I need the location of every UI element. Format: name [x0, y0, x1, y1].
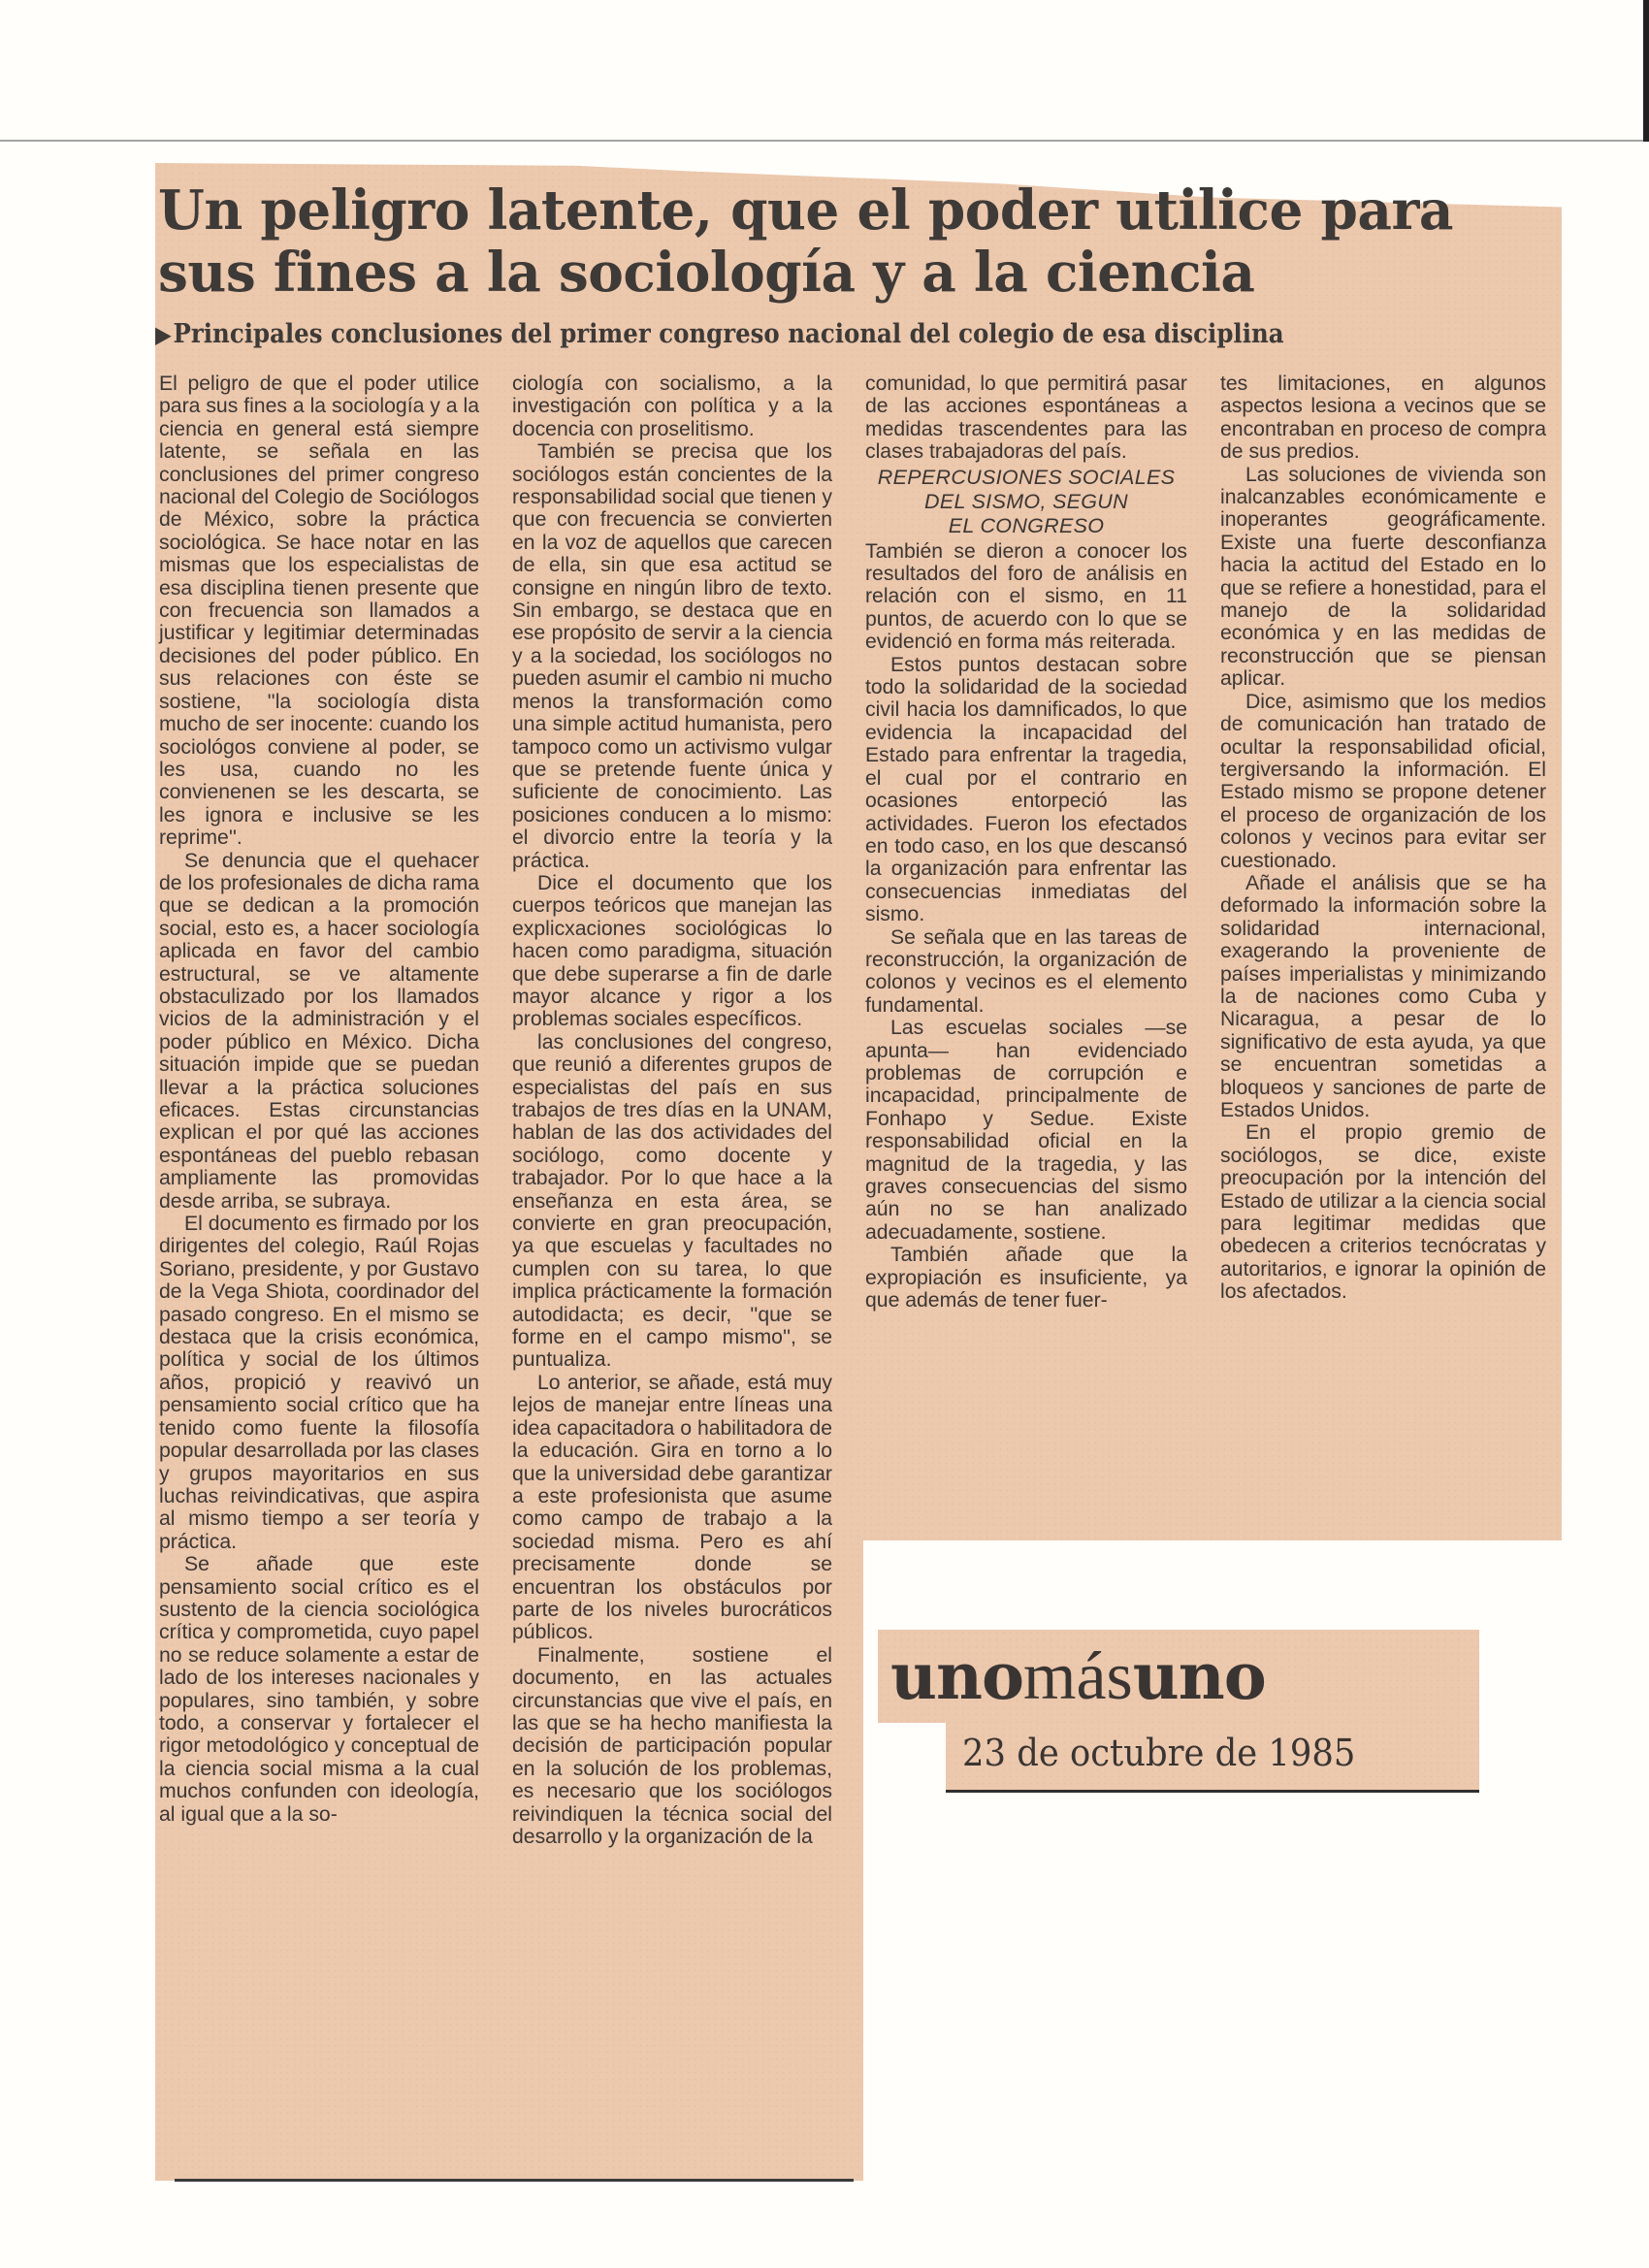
paragraph: Se señala que en las tareas de reconstru…: [865, 926, 1187, 1018]
article-column-4: tes limitaciones, en algunos aspectos le…: [1220, 373, 1546, 1304]
paragraph: las conclusiones del congreso, que reuni…: [512, 1031, 832, 1372]
masthead-uno-left: uno: [890, 1638, 1023, 1714]
scan-edge-shadow: [1643, 0, 1649, 142]
paragraph: Se denuncia que el quehacer de los profe…: [159, 850, 479, 1214]
publication-date: 23 de octubre de 1985: [962, 1729, 1355, 1777]
section-heading-line: REPERCUSIONES SOCIALES: [865, 466, 1187, 490]
paragraph: El documento es firmado por los dirigent…: [159, 1213, 479, 1553]
headline-line-1: Un peligro latente, que el poder utilice…: [158, 179, 1527, 242]
clipping-cut-edge: [946, 1790, 1479, 1793]
paragraph: comunidad, lo que permitirá pasar de las…: [865, 373, 1187, 464]
article-column-3: comunidad, lo que permitirá pasar de las…: [865, 373, 1187, 1312]
section-heading: REPERCUSIONES SOCIALES DEL SISMO, SEGUN …: [865, 466, 1187, 538]
paragraph: En el propio gremio de sociólogos, se di…: [1220, 1121, 1546, 1303]
paragraph: Dice, asimismo que los medios de comunic…: [1220, 691, 1546, 872]
masthead-mas: más: [1023, 1639, 1133, 1714]
paragraph: tes limitaciones, en algunos aspectos le…: [1220, 373, 1546, 464]
clipping-cut-edge: [175, 2179, 854, 2182]
paragraph: También añade que la expropiación es ins…: [865, 1244, 1187, 1312]
subhead-text: Principales conclusiones del primer cong…: [174, 319, 1284, 349]
paragraph: ciología con socialismo, a la investigac…: [512, 373, 832, 440]
paragraph: Añade el análisis que se ha deformado la…: [1220, 872, 1546, 1121]
paragraph: Finalmente, sostiene el documento, en la…: [512, 1644, 832, 1849]
masthead-uno-right: uno: [1133, 1638, 1266, 1714]
paragraph: También se dieron a conocer los resultad…: [865, 540, 1187, 654]
paragraph: Las escuelas sociales —se apunta— han ev…: [865, 1017, 1187, 1244]
triangle-bullet-icon: ▶: [155, 320, 172, 348]
article-subheadline: ▶Principales conclusiones del primer con…: [155, 318, 1433, 351]
paragraph: El peligro de que el poder utilice para …: [159, 373, 479, 850]
headline-line-2: sus fines a la sociología y a la ciencia: [158, 242, 1527, 304]
paragraph: Dice el documento que los cuerpos teóric…: [512, 872, 832, 1031]
paragraph: Se añade que este pensamiento social crí…: [159, 1553, 479, 1826]
scan-edge-line: [0, 140, 1649, 142]
article-headline: Un peligro latente, que el poder utilice…: [158, 179, 1527, 304]
section-heading-line: EL CONGRESO: [865, 514, 1187, 538]
paragraph: También se precisa que los sociólogos es…: [512, 440, 832, 872]
section-heading-line: DEL SISMO, SEGUN: [865, 490, 1187, 514]
paragraph: Lo anterior, se añade, está muy lejos de…: [512, 1372, 832, 1644]
paragraph: Las soluciones de vivienda son inalcanza…: [1220, 464, 1546, 691]
newspaper-masthead: unomásuno: [890, 1637, 1266, 1718]
paragraph: Estos puntos destacan sobre todo la soli…: [865, 654, 1187, 926]
article-column-1: El peligro de que el poder utilice para …: [159, 373, 479, 1826]
article-column-2: ciología con socialismo, a la investigac…: [512, 373, 832, 1848]
